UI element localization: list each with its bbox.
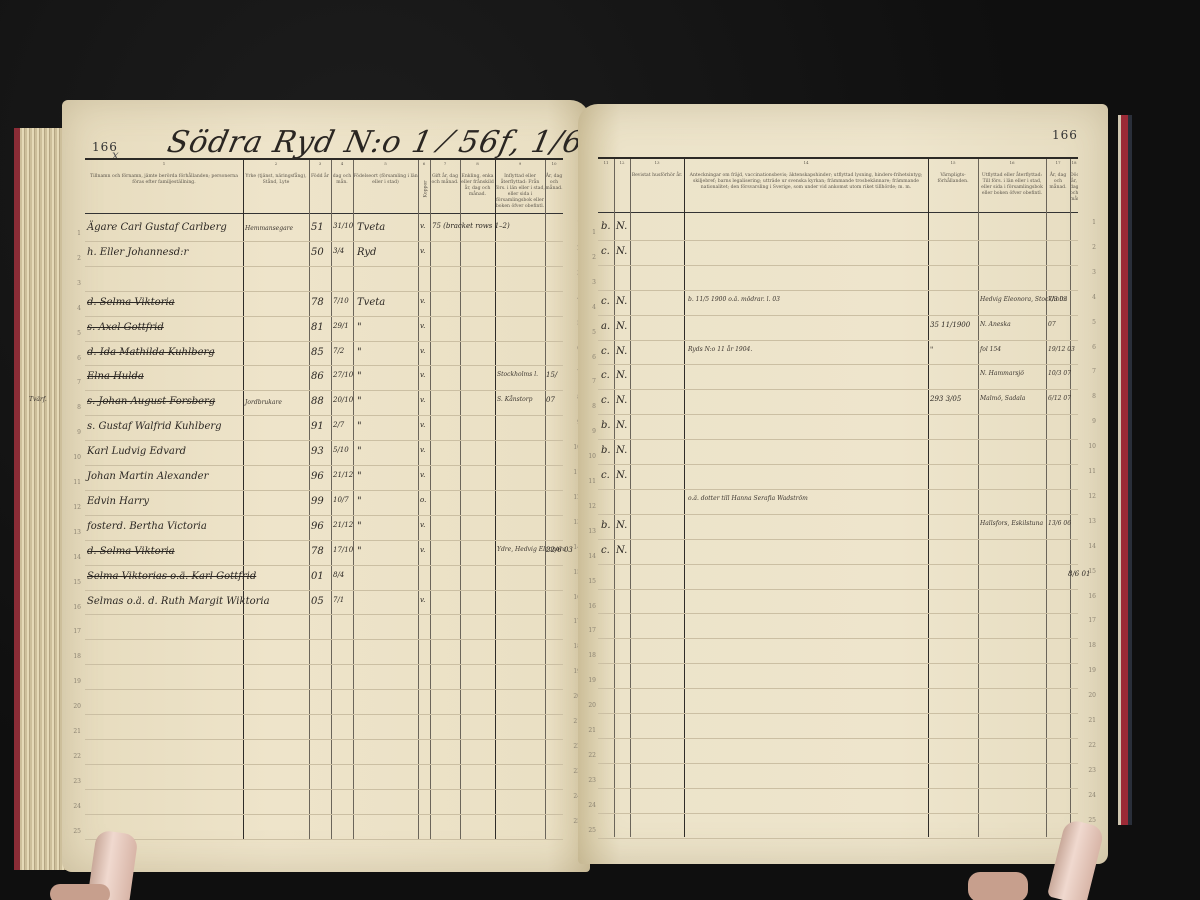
vaccination-mark: v. [420,371,425,379]
row-rule [85,241,563,242]
row-rule [85,390,563,391]
christian-knowledge: b. [601,221,611,232]
birthplace: " [357,496,362,507]
row-rule [598,315,1078,316]
vaccination-mark: o. [420,496,426,504]
birth-date: 7/10 [333,297,349,305]
moved-in-date: 22/6 03 [546,546,573,554]
birth-date: 20/10 [333,396,353,404]
christian-knowledge: c. [601,470,610,481]
column-header-9: 9Inflyttad eller återflyttad: Från förs.… [495,160,545,214]
row-number: 23 [67,778,81,785]
row-number: 16 [582,603,596,610]
birth-year: 51 [311,222,324,233]
column-header-7: 7Gift år, dag och månad. [430,160,460,214]
row-number: 8 [67,404,81,411]
column-number: 2 [243,161,309,167]
row-number: 7 [67,379,81,386]
column-header-17: 17År, dag och månad. [1046,159,1070,213]
person-name: Edvin Harry [87,496,149,507]
row-rule [598,414,1078,415]
row-number: 16 [67,604,81,611]
row-number-right: 7 [1082,368,1096,375]
right-ledger-table: 11Kännedom i kristendom12Begått H. Natt-… [598,157,1078,837]
row-rule [85,714,563,715]
birth-date: 29/1 [333,322,349,330]
person-name: s. Axel Gottfrid [87,322,164,333]
row-rule [85,639,563,640]
moved-out-date: 19/12 03 [1048,346,1075,353]
row-number-right: 3 [1082,269,1096,276]
row-rule [598,589,1078,590]
row-rule [85,515,563,516]
person-name: Selmas o.ä. d. Ruth Margit Wiktoria [87,596,270,607]
row-number: 15 [67,579,81,586]
column-header-text: Koppor [423,181,429,198]
communion-mark: N. [616,395,627,406]
row-number-right: 24 [1082,792,1096,799]
row-number: 14 [67,554,81,561]
column-number: 6 [418,161,430,167]
row-rule [598,713,1078,714]
column-rule [1046,159,1047,837]
row-rule [85,814,563,815]
column-number: 1 [85,161,243,167]
column-header-text: År, dag och månad. [545,174,562,191]
christian-knowledge: c. [601,246,610,257]
row-number-right: 1 [1082,219,1096,226]
birthplace: " [357,396,362,407]
column-rule [684,159,685,837]
column-header-text: Död år, dag och månad. [1070,173,1078,202]
row-number: 23 [582,777,596,784]
row-rule [85,415,563,416]
vaccination-mark: v. [420,222,425,230]
vaccination-mark: v. [420,421,425,429]
row-number: 8 [582,403,596,410]
column-header-text: Värnpligts-förhållanden. [937,173,968,184]
birth-year: 96 [311,521,324,532]
column-number: 18 [1070,160,1078,166]
birth-date: 2/7 [333,421,344,429]
column-header-15: 15Värnpligts-förhållanden. [928,159,978,213]
row-rule [598,838,1078,839]
row-number: 9 [582,428,596,435]
row-rule [598,788,1078,789]
row-number: 12 [67,504,81,511]
moved-out-date: 7/3 03 [1048,296,1067,303]
row-number: 11 [582,478,596,485]
column-number: 13 [630,160,684,166]
christian-knowledge: b. [601,420,611,431]
column-number: 12 [614,160,630,166]
row-number: 19 [67,678,81,685]
birth-year: 93 [311,446,324,457]
row-number: 1 [582,229,596,236]
row-rule [85,266,563,267]
row-number: 1 [67,230,81,237]
military-service: 293 3/05 [930,395,961,403]
christian-knowledge: c. [601,346,610,357]
person-name: fosterd. Bertha Victoria [87,521,207,532]
row-number: 3 [582,279,596,286]
christian-knowledge: b. [601,520,611,531]
row-number-right: 8 [1082,393,1096,400]
christian-knowledge: c. [601,370,610,381]
occupation: Jordbrukare [245,399,282,406]
row-number: 21 [67,728,81,735]
row-rule [85,590,563,591]
row-number: 2 [582,254,596,261]
birthplace: " [357,347,362,358]
death-date: 8/6 01 [1068,570,1090,578]
birth-year: 05 [311,596,324,607]
birth-year: 99 [311,496,324,507]
birth-date: 21/12 [333,521,353,529]
row-number-right: 23 [1082,767,1096,774]
column-header-text: Född år [311,174,329,179]
birthplace: " [357,421,362,432]
left-hand [50,884,110,900]
person-name: Elna Hulda [87,371,144,382]
birth-date: 7/2 [333,347,344,355]
row-rule [598,265,1078,266]
column-header-10: 10År, dag och månad. [545,160,563,214]
row-number: 13 [67,529,81,536]
row-rule [85,540,563,541]
row-number: 6 [67,355,81,362]
row-number-right: 12 [1082,493,1096,500]
row-number-right: 18 [1082,642,1096,649]
birth-year: 78 [311,546,324,557]
communion-mark: N. [616,246,627,257]
birthplace: " [357,521,362,532]
row-rule [598,364,1078,365]
column-rule [978,159,979,837]
column-header-text: Tillnamn och förnamn, jämte berörda förh… [90,174,238,185]
person-name: h. Eller Johannesd:r [87,247,188,258]
column-header-11: 11Kännedom i kristendom [598,159,614,213]
column-rule [630,159,631,837]
birth-date: 17/10 [333,546,353,554]
column-number: 11 [598,160,614,166]
communion-mark: N. [616,296,627,307]
row-number: 17 [67,628,81,635]
communion-mark: N. [616,545,627,556]
column-header-3: 3Född år [309,160,331,214]
column-number: 4 [331,161,353,167]
birth-year: 78 [311,297,324,308]
moved-in-date: 07 [546,396,555,404]
column-number: 15 [928,160,978,166]
row-rule [85,664,563,665]
row-number-right: 10 [1082,443,1096,450]
left-ledger-table: 1Tillnamn och förnamn, jämte berörda för… [85,158,563,840]
row-number: 13 [582,528,596,535]
row-number: 24 [67,803,81,810]
communion-mark: N. [616,370,627,381]
vaccination-mark: v. [420,446,425,454]
row-rule [598,539,1078,540]
communion-mark: N. [616,346,627,357]
row-number: 5 [67,330,81,337]
row-rule [598,240,1078,241]
row-number: 10 [582,453,596,460]
christian-knowledge: c. [601,395,610,406]
row-number: 20 [582,702,596,709]
vaccination-mark: v. [420,347,425,355]
birthplace: " [357,371,362,382]
column-header-6: 6Koppor [418,160,430,214]
birth-date: 10/7 [333,496,349,504]
military-service: " [930,346,933,354]
row-number: 4 [582,304,596,311]
row-number: 19 [582,677,596,684]
row-number: 22 [582,752,596,759]
column-header-12: 12Begått H. Natt-vard [614,159,630,213]
row-number: 4 [67,305,81,312]
christian-knowledge: c. [601,545,610,556]
christian-knowledge: c. [601,296,610,307]
column-header-2: 2Yrke (tjänst, näringsfång), Stånd, Lyte [243,160,309,214]
moved-in-from: Stockholms l. [497,371,538,378]
moved-out-to: Hallsfors, Eskilstuna [980,520,1043,527]
vaccination-mark: v. [420,471,425,479]
column-header-1: 1Tillnamn och förnamn, jämte berörda för… [85,160,243,214]
communion-mark: N. [616,470,627,481]
row-rule [85,565,563,566]
column-header-text: Födelseort (församling i län eller i sta… [353,174,417,185]
vaccination-mark: v. [420,247,425,255]
moved-out-to: N. Hammarsjö [980,370,1024,377]
page-number-right: 166 [1052,128,1078,142]
row-rule [598,688,1078,689]
column-header-text: Enkling, enka eller frånskild år, dag oc… [461,174,494,197]
column-header-18: 18Död år, dag och månad. [1070,159,1078,213]
birthplace: Ryd [357,247,376,258]
column-header-5: 5Födelseort (församling i län eller i st… [353,160,418,214]
row-rule [85,490,563,491]
row-rule [598,439,1078,440]
moved-out-date: 10/3 07 [1048,370,1071,377]
birth-year: 96 [311,471,324,482]
row-rule [598,389,1078,390]
book-cover-edge [1118,115,1132,825]
row-number-right: 9 [1082,418,1096,425]
row-number: 14 [582,553,596,560]
row-rule [598,738,1078,739]
row-number: 9 [67,429,81,436]
moved-in-from: S. Kånstorp [497,396,532,403]
remarks: Ryds N:o 11 år 1904. [688,346,752,353]
column-header-14: 14Anteckningar om fräjd, vaccinationsbev… [684,159,928,213]
right-hand [968,872,1028,900]
person-name: s. Johan August Forsberg [87,396,215,407]
row-number: 5 [582,329,596,336]
birthplace: " [357,471,362,482]
birthplace: " [357,546,362,557]
row-number: 24 [582,802,596,809]
person-name: d. Ida Mathilda Kuhlberg [87,347,215,358]
birth-date: 3/4 [333,247,344,255]
row-rule [598,290,1078,291]
remarks: o.ä. dotter till Hanna Serafia Wadström [688,495,808,502]
moved-out-to: Malmö, Sadala [980,395,1025,402]
birth-date: 31/10 [333,222,353,230]
row-rule [85,365,563,366]
birth-date: 5/10 [333,446,349,454]
row-rule [85,689,563,690]
moved-in-date: 15/ [546,371,557,379]
column-number: 16 [978,160,1046,166]
row-rule [85,440,563,441]
row-rule [598,340,1078,341]
row-number: 15 [582,578,596,585]
birth-date: 8/4 [333,571,344,579]
row-rule [598,514,1078,515]
margin-note: Tvärf. [29,396,47,403]
row-rule [85,789,563,790]
row-number: 25 [582,827,596,834]
column-header-16: 16Utflyttad eller återflyttad: Till förs… [978,159,1046,213]
column-number: 5 [353,161,418,167]
remarks: b. 11/5 1900 o.ä. mödrar. l. 03 [688,296,780,303]
person-name: d. Selma Viktoria [87,546,175,557]
row-number: 3 [67,280,81,287]
row-number: 12 [582,503,596,510]
row-number-right: 13 [1082,518,1096,525]
column-header-text: Bevistat husförhör år. [632,173,683,178]
row-number-right: 14 [1082,543,1096,550]
row-number-right: 2 [1082,244,1096,251]
row-rule [598,464,1078,465]
row-number-right: 17 [1082,617,1096,624]
moved-out-to: N. Aneska [980,321,1011,328]
row-number-right: 16 [1082,593,1096,600]
row-number-right: 19 [1082,667,1096,674]
row-number: 18 [67,653,81,660]
row-number: 10 [67,454,81,461]
column-header-text: År, dag och månad. [1049,173,1066,190]
row-number-right: 6 [1082,344,1096,351]
row-rule [598,638,1078,639]
vaccination-mark: v. [420,546,425,554]
birthplace: " [357,322,362,333]
person-name: s. Gustaf Walfrid Kuhlberg [87,421,222,432]
row-rule [85,614,563,615]
row-number: 6 [582,354,596,361]
birth-year: 91 [311,421,324,432]
vaccination-mark: v. [420,297,425,305]
communion-mark: N. [616,321,627,332]
birth-date: 7/1 [333,596,344,604]
birth-year: 86 [311,371,324,382]
birthplace: Tveta [357,297,385,308]
column-header-text: Yrke (tjänst, näringsfång), Stånd, Lyte [245,174,306,185]
column-header-8: 8Enkling, enka eller frånskild år, dag o… [460,160,495,214]
birth-year: 01 [311,571,324,582]
moved-out-date: 07 [1048,321,1056,328]
column-number: 14 [684,160,928,166]
moved-out-to: fol 154 [980,346,1001,353]
row-number: 22 [67,753,81,760]
row-number: 25 [67,828,81,835]
communion-mark: N. [616,420,627,431]
row-number: 7 [582,378,596,385]
row-rule [85,291,563,292]
person-name: Karl Ludvig Edvard [87,446,186,457]
column-header-text: Gift år, dag och månad. [432,174,459,185]
row-number-right: 11 [1082,468,1096,475]
marriage-year: 75 (bracket rows 1–2) [432,222,510,230]
row-rule [598,613,1078,614]
row-number-right: 22 [1082,742,1096,749]
row-number: 17 [582,627,596,634]
row-number: 11 [67,479,81,486]
person-name: d. Selma Viktoria [87,297,175,308]
moved-out-date: 13/6 06 [1048,520,1071,527]
row-number-right: 5 [1082,319,1096,326]
row-number: 21 [582,727,596,734]
column-number: 9 [495,161,545,167]
row-rule [85,764,563,765]
column-number: 17 [1046,160,1070,166]
christian-knowledge: b. [601,445,611,456]
column-rule [614,159,615,837]
column-rule [1070,159,1071,837]
row-number: 20 [67,703,81,710]
occupation: Hemmansegare [245,225,293,232]
row-rule [85,839,563,840]
column-header-text: dag och mån. [333,174,351,185]
birth-year: 81 [311,322,324,333]
military-service: 35 11/1900 [930,321,970,329]
communion-mark: N. [616,221,627,232]
row-rule [85,341,563,342]
birth-year: 85 [311,347,324,358]
row-rule [598,813,1078,814]
person-name: Selma Viktorias o.ä. Karl Gottfrid [87,571,256,582]
birthplace: Tveta [357,222,385,233]
column-number: 3 [309,161,331,167]
row-rule [598,564,1078,565]
column-header-text: Utflyttad eller återflyttad: Till förs. … [981,173,1043,196]
column-header-text: Anteckningar om fräjd, vaccinationsbevis… [690,173,923,190]
birthplace: " [357,446,362,457]
column-number: 7 [430,161,460,167]
row-number-right: 4 [1082,294,1096,301]
birth-year: 50 [311,247,324,258]
column-number: 10 [545,161,563,167]
person-name: Ägare Carl Gustaf Carlberg [87,222,227,233]
birth-date: 21/12 [333,471,353,479]
moved-out-date: 6/12 07 [1048,395,1071,402]
vaccination-mark: v. [420,521,425,529]
vaccination-mark: v. [420,396,425,404]
column-header-4: 4dag och mån. [331,160,353,214]
row-number-right: 20 [1082,692,1096,699]
row-number: 18 [582,652,596,659]
row-rule [85,739,563,740]
person-name: Johan Martin Alexander [87,471,208,482]
row-rule [598,663,1078,664]
christian-knowledge: a. [601,321,610,332]
column-header-text: Inflyttad eller återflyttad: Från förs. … [495,174,545,209]
row-number: 2 [67,255,81,262]
birth-date: 27/10 [333,371,353,379]
column-number: 8 [460,161,495,167]
column-rule [928,159,929,837]
